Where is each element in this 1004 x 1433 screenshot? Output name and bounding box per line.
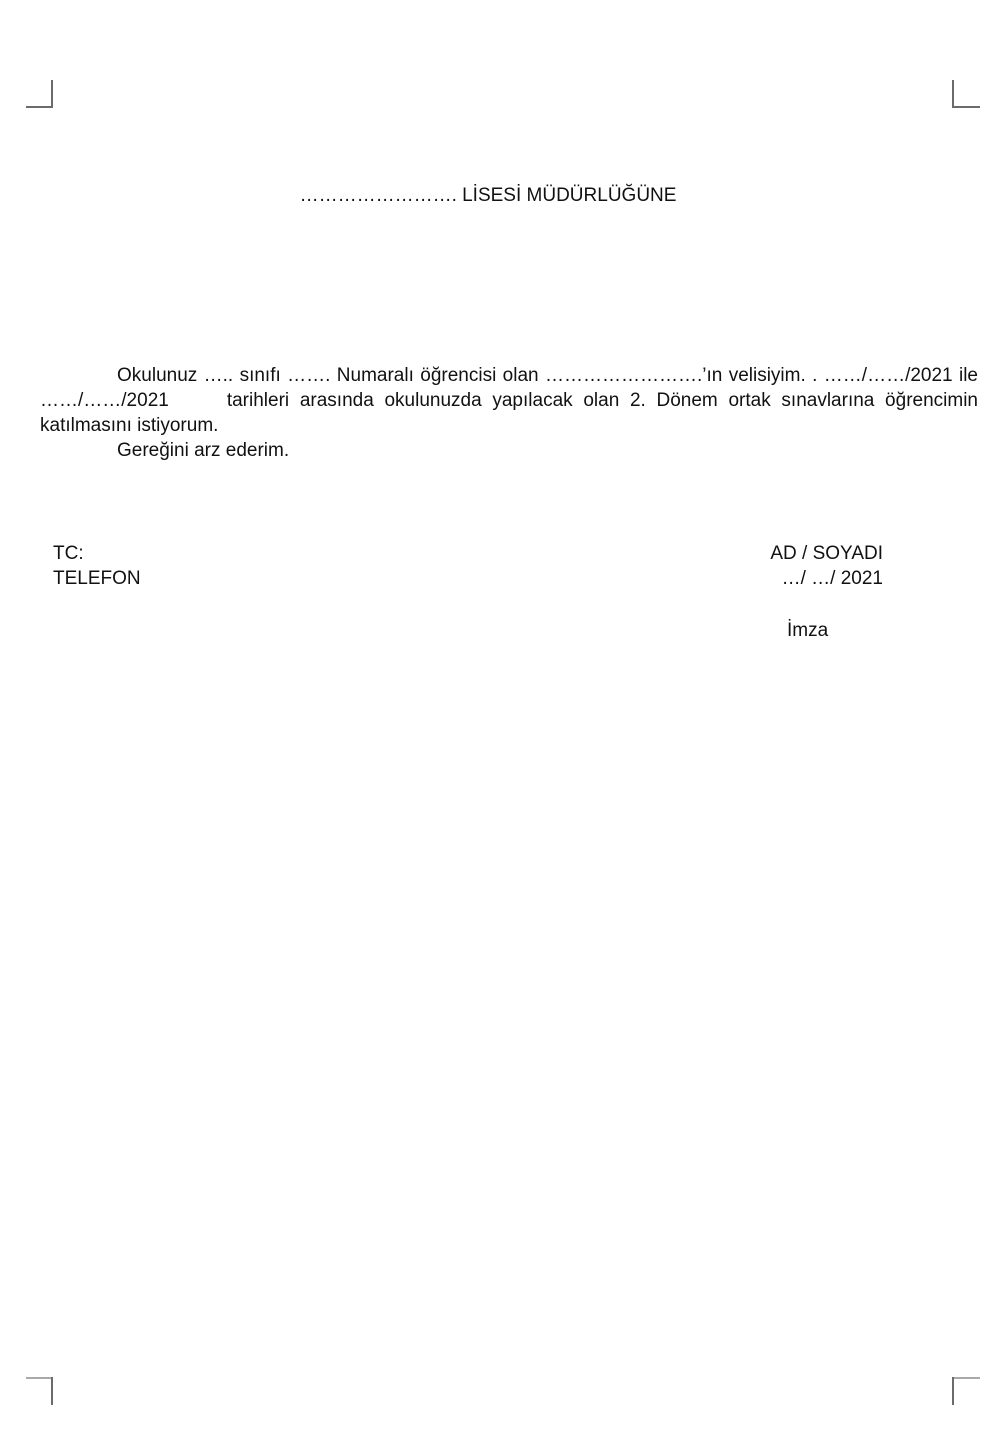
tc-label: TC: <box>53 541 141 566</box>
signature-label: İmza <box>787 618 828 643</box>
corner-mark-top-left-v <box>51 80 53 108</box>
corner-mark-bottom-left-v <box>51 1377 53 1405</box>
document-title-text: ……………………. LİSESİ MÜDÜRLÜĞÜNE <box>300 183 677 209</box>
corner-mark-top-left-h <box>26 106 53 108</box>
contact-fields: TC: TELEFON <box>53 541 141 591</box>
date-label: …/ …/ 2021 <box>740 566 883 591</box>
closing-paragraph: Gereğini arz ederim. <box>40 438 978 463</box>
request-paragraph: Okulunuz ….. sınıfı ……. Numaralı öğrenci… <box>40 363 978 438</box>
corner-mark-top-right-v <box>952 80 954 108</box>
document-body: Okulunuz ….. sınıfı ……. Numaralı öğrenci… <box>40 363 978 463</box>
phone-label: TELEFON <box>53 566 141 591</box>
request-paragraph-part-b: tarihleri arasında okulunuzda yapılacak … <box>40 390 978 436</box>
corner-mark-top-right-h <box>952 106 980 108</box>
signature-fields: AD / SOYADI …/ …/ 2021 <box>740 541 883 591</box>
document-title: ……………………. LİSESİ MÜDÜRLÜĞÜNE <box>0 183 976 209</box>
corner-mark-bottom-left-h <box>26 1377 53 1379</box>
corner-mark-bottom-right-h <box>952 1377 980 1379</box>
name-label: AD / SOYADI <box>740 541 883 566</box>
corner-mark-bottom-right-v <box>952 1377 954 1405</box>
